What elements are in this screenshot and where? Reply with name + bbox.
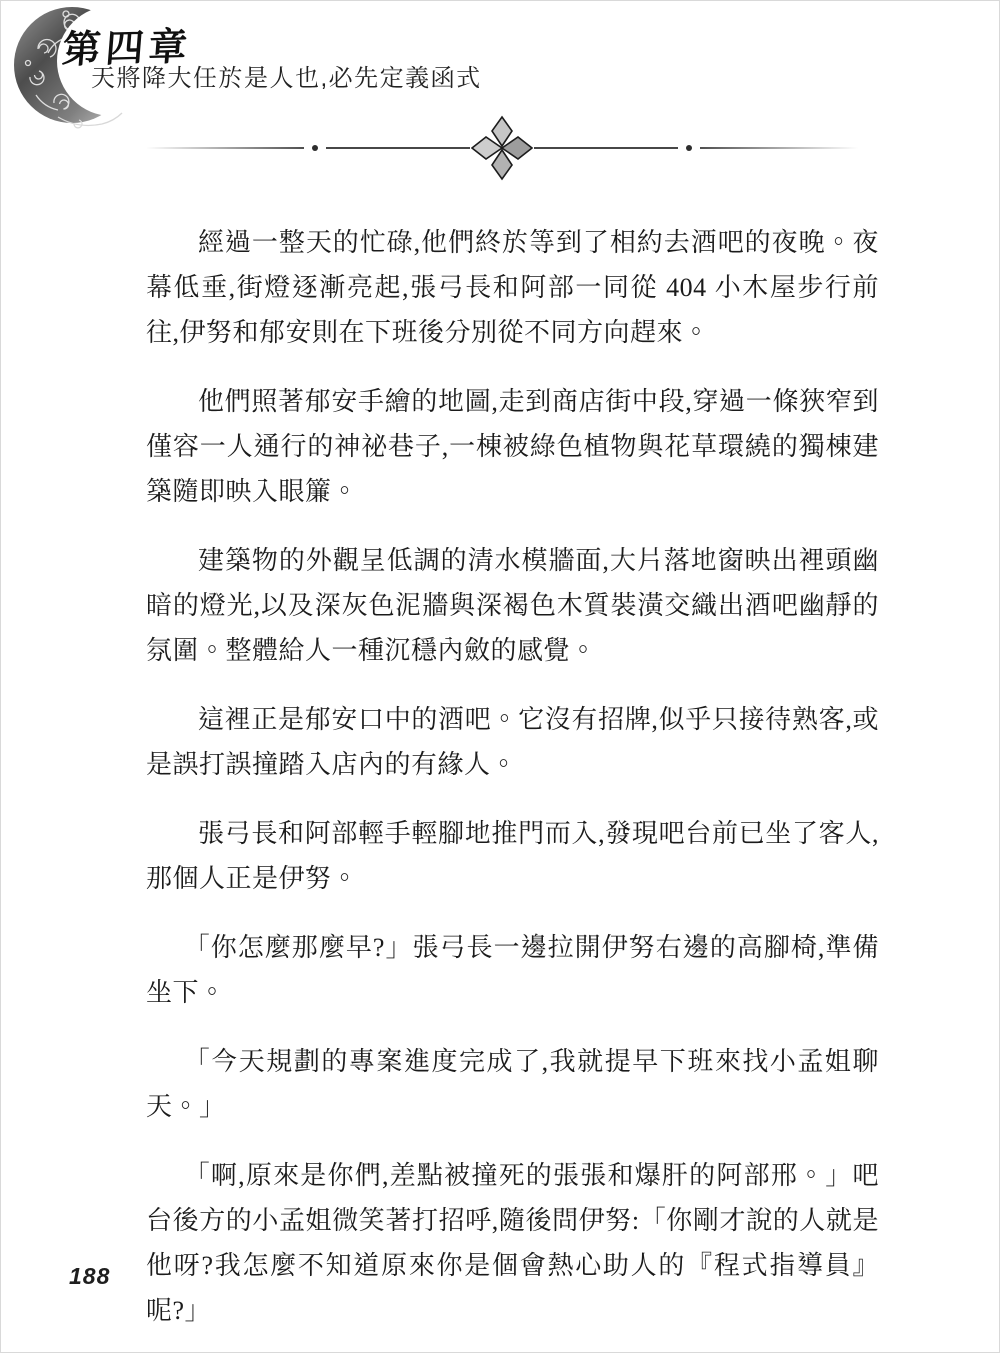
paragraph: 他們照著郁安手繪的地圖,走到商店街中段,穿過一條狹窄到僅容一人通行的神祕巷子,一… [146, 379, 879, 514]
paragraph: 建築物的外觀呈低調的清水模牆面,大片落地窗映出裡頭幽暗的燈光,以及深灰色泥牆與深… [146, 538, 879, 673]
divider-line-right [700, 147, 858, 149]
book-page: 第四章 天將降大任於是人也,必先定義函式 經過一整天的忙碌,他們終於等到了相約去… [0, 0, 1000, 1353]
paragraph: 經過一整天的忙碌,他們終於等到了相約去酒吧的夜晚。夜幕低垂,街燈逐漸亮起,張弓長… [146, 220, 879, 355]
chapter-subtitle: 天將降大任於是人也,必先定義函式 [91, 58, 482, 93]
paragraph-dialog: 「你怎麼那麼早?」張弓長一邊拉開伊努右邊的高腳椅,準備坐下。 [146, 925, 879, 1015]
divider-line-inner-left [326, 147, 470, 149]
page-number: 188 [69, 1263, 110, 1290]
paragraph: 張弓長和阿部輕手輕腳地推門而入,發現吧台前已坐了客人,那個人正是伊努。 [146, 811, 879, 901]
divider-line-inner-right [534, 147, 678, 149]
divider-dot-right [686, 145, 692, 151]
body-text: 經過一整天的忙碌,他們終於等到了相約去酒吧的夜晚。夜幕低垂,街燈逐漸亮起,張弓長… [146, 220, 879, 1333]
divider [146, 115, 858, 181]
diamond-ornament-icon [471, 115, 533, 181]
divider-dot-left [312, 145, 318, 151]
paragraph-dialog: 「啊,原來是你們,差點被撞死的張張和爆肝的阿部邢。」吧台後方的小孟姐微笑著打招呼… [146, 1153, 879, 1333]
paragraph: 這裡正是郁安口中的酒吧。它沒有招牌,似乎只接待熟客,或是誤打誤撞踏入店內的有緣人… [146, 697, 879, 787]
paragraph-dialog: 「今天規劃的專案進度完成了,我就提早下班來找小孟姐聊天。」 [146, 1039, 879, 1129]
divider-line-left [146, 147, 304, 149]
